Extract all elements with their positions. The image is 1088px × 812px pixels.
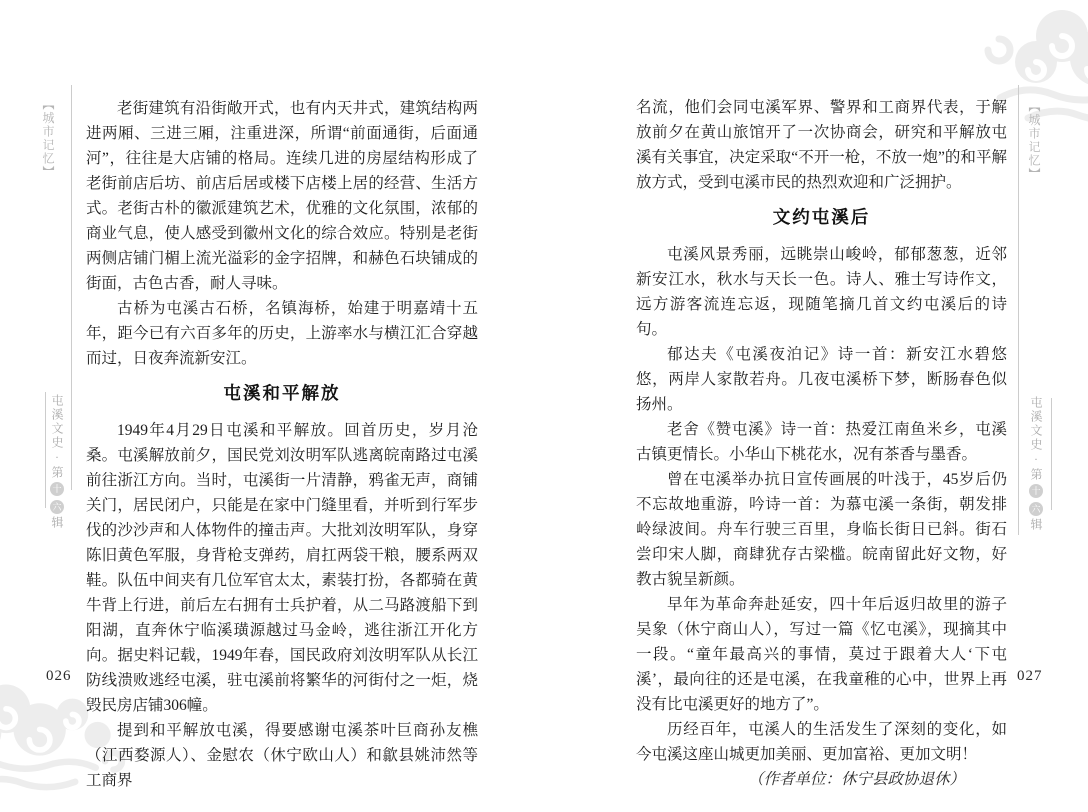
body-paragraph: 提到和平解放屯溪，得要感谢屯溪茶叶巨商孙友樵（江西婺源人）、金慰农（休宁欧山人）… [86, 718, 478, 793]
series-title-suffix: 辑 [50, 516, 64, 530]
margin-divider [1018, 85, 1019, 535]
section-heading: 文约屯溪后 [636, 205, 1007, 230]
series-title: 屯溪文史·第十六辑 [1028, 396, 1045, 532]
series-title-prefix: 屯溪文史·第 [50, 394, 64, 480]
body-paragraph: 老街建筑有沿街敞开式，也有内天井式，建筑结构两进两厢、三进三厢，注重进深，所谓“… [86, 96, 478, 296]
series-volume-circle: 十 [1029, 484, 1043, 498]
left-text-column: 老街建筑有沿街敞开式，也有内天井式，建筑结构两进两厢、三进三厢，注重进深，所谓“… [86, 96, 478, 793]
margin-divider [71, 85, 72, 490]
page-number: 026 [46, 668, 72, 685]
series-title: 屯溪文史·第十六辑 [49, 394, 66, 530]
body-paragraph: 1949年4月29日屯溪和平解放。回首历史，岁月沧桑。屯溪解放前夕，国民党刘汝明… [86, 418, 478, 718]
page-number: 027 [1017, 668, 1043, 685]
section-heading: 屯溪和平解放 [86, 381, 478, 406]
margin-section-label: 【城市记忆】 [1026, 100, 1043, 181]
body-paragraph: 名流，他们会同屯溪军界、警界和工商界代表，于解放前夕在黄山旅馆开了一次协商会，研… [636, 95, 1007, 195]
right-text-column: 名流，他们会同屯溪军界、警界和工商界代表，于解放前夕在黄山旅馆开了一次协商会，研… [636, 95, 1007, 792]
body-paragraph: 古桥为屯溪古石桥，名镇海桥，始建于明嘉靖十五年，距今已有六百多年的历史，上游率水… [86, 296, 478, 371]
series-volume-circle: 六 [1029, 502, 1043, 516]
margin-section-label: 【城市记忆】 [40, 98, 57, 179]
series-rule [45, 392, 46, 508]
series-volume-circle: 十 [50, 482, 64, 496]
author-attribution: （作者单位：休宁县政协退休） [636, 767, 1007, 792]
body-paragraph: 屯溪风景秀丽，远眺崇山峻岭，郁郁葱葱，近邻新安江水，秋水与天长一色。诗人、雅士写… [636, 242, 1007, 342]
body-paragraph: 曾在屯溪举办抗日宣传画展的叶浅于，45岁后仍不忘故地重游，吟诗一首：为慕屯溪一条… [636, 467, 1007, 592]
series-volume-circle: 六 [50, 500, 64, 514]
series-rule [1051, 398, 1052, 510]
book-spread: 【城市记忆】 屯溪文史·第十六辑 老街建筑有沿街敞开式，也有内天井式，建筑结构两… [0, 0, 1088, 812]
body-paragraph: 老舍《赞屯溪》诗一首：热爱江南鱼米乡，屯溪古镇更情长。小华山下桃花水，况有茶香与… [636, 417, 1007, 467]
series-title-suffix: 辑 [1029, 518, 1043, 532]
body-paragraph: 郁达夫《屯溪夜泊记》诗一首：新安江水碧悠悠，两岸人家散若舟。几夜屯溪桥下梦，断肠… [636, 342, 1007, 417]
body-paragraph: 早年为革命奔赴延安，四十年后返归故里的游子吴象（休宁商山人），写过一篇《忆屯溪》… [636, 592, 1007, 717]
series-title-prefix: 屯溪文史·第 [1029, 396, 1043, 482]
body-paragraph: 历经百年，屯溪人的生活发生了深刻的变化，如今屯溪这座山城更加美丽、更加富裕、更加… [636, 717, 1007, 767]
